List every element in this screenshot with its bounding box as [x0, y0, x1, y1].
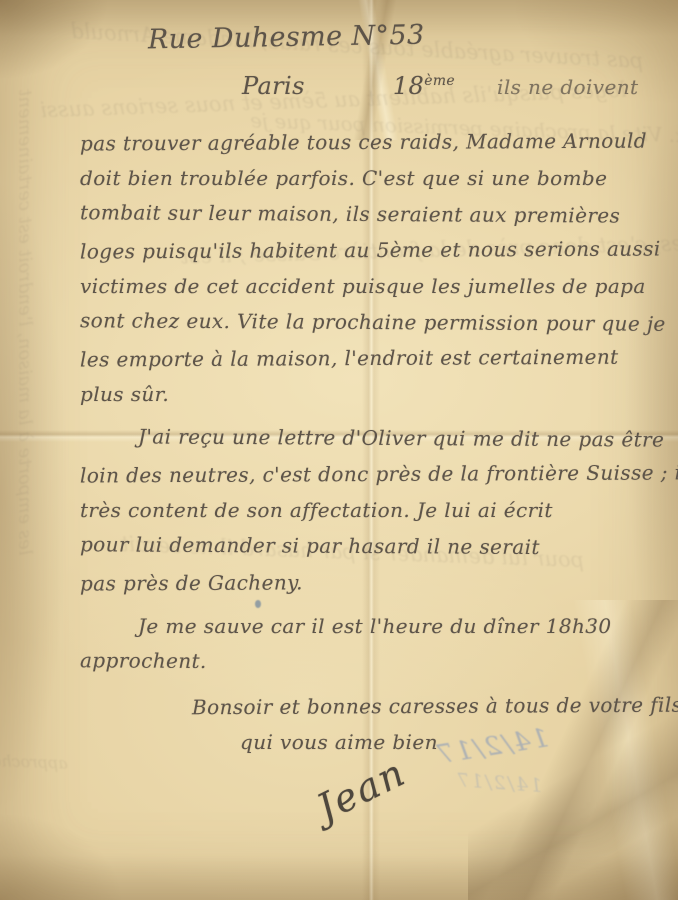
bleed-through-ghost-line: les emporte à la maison, l'endroit est c…	[15, 126, 36, 556]
letter-line: J'ai reçu une lettre d'Oliver qui me dit…	[138, 418, 660, 457]
date-line: Paris18èmeils ne doivent	[242, 72, 638, 100]
letter-line: pour lui demander si par hasard il ne se…	[80, 526, 660, 566]
letter-line: plus sûr.	[80, 376, 660, 412]
letter-line: pas trouver agréable tous ces raids, Mad…	[80, 122, 660, 161]
letter-line: tombait sur leur maison, ils seraient au…	[80, 194, 660, 234]
letter-page: pas trouver agréable tous ces raids, Mad…	[0, 0, 678, 900]
date-line-continuation: ils ne doivent	[497, 75, 638, 99]
bleed-through-ghost-line: approchent.	[0, 750, 68, 772]
letter-line: doit bien troublée parfois. C'est que si…	[80, 160, 660, 196]
district-number: 18ème	[393, 72, 455, 100]
letter-line: loin des neutres, c'est donc près de la …	[80, 454, 660, 493]
letter-line: loges puisqu'ils habitent au 5ème et nou…	[80, 230, 660, 269]
letter-line: pas près de Gacheny.	[80, 562, 660, 601]
letter-line: sont chez eux. Vite la prochaine permiss…	[80, 302, 660, 342]
letter-line: Je me sauve car il est l'heure du dîner …	[138, 608, 660, 644]
letter-line: approchent.	[80, 642, 660, 682]
district-number-text: 18	[393, 72, 424, 100]
letter-line: victimes de cet accident puisque les jum…	[80, 268, 660, 304]
letter-body: pas trouver agréable tous ces raids, Mad…	[80, 124, 660, 760]
city-label: Paris	[242, 72, 305, 100]
district-suffix: ème	[424, 73, 455, 89]
bleed-date-note-ghost: 14/2/17	[454, 769, 543, 797]
letter-line: très content de son affectation. Je lui …	[80, 492, 660, 528]
letter-line: Bonsoir et bonnes caresses à tous de vot…	[192, 687, 660, 725]
signature: Jean	[310, 750, 413, 830]
address-line: Rue Duhesme N°53	[148, 20, 425, 56]
letter-line: les emporte à la maison, l'endroit est c…	[80, 338, 660, 377]
